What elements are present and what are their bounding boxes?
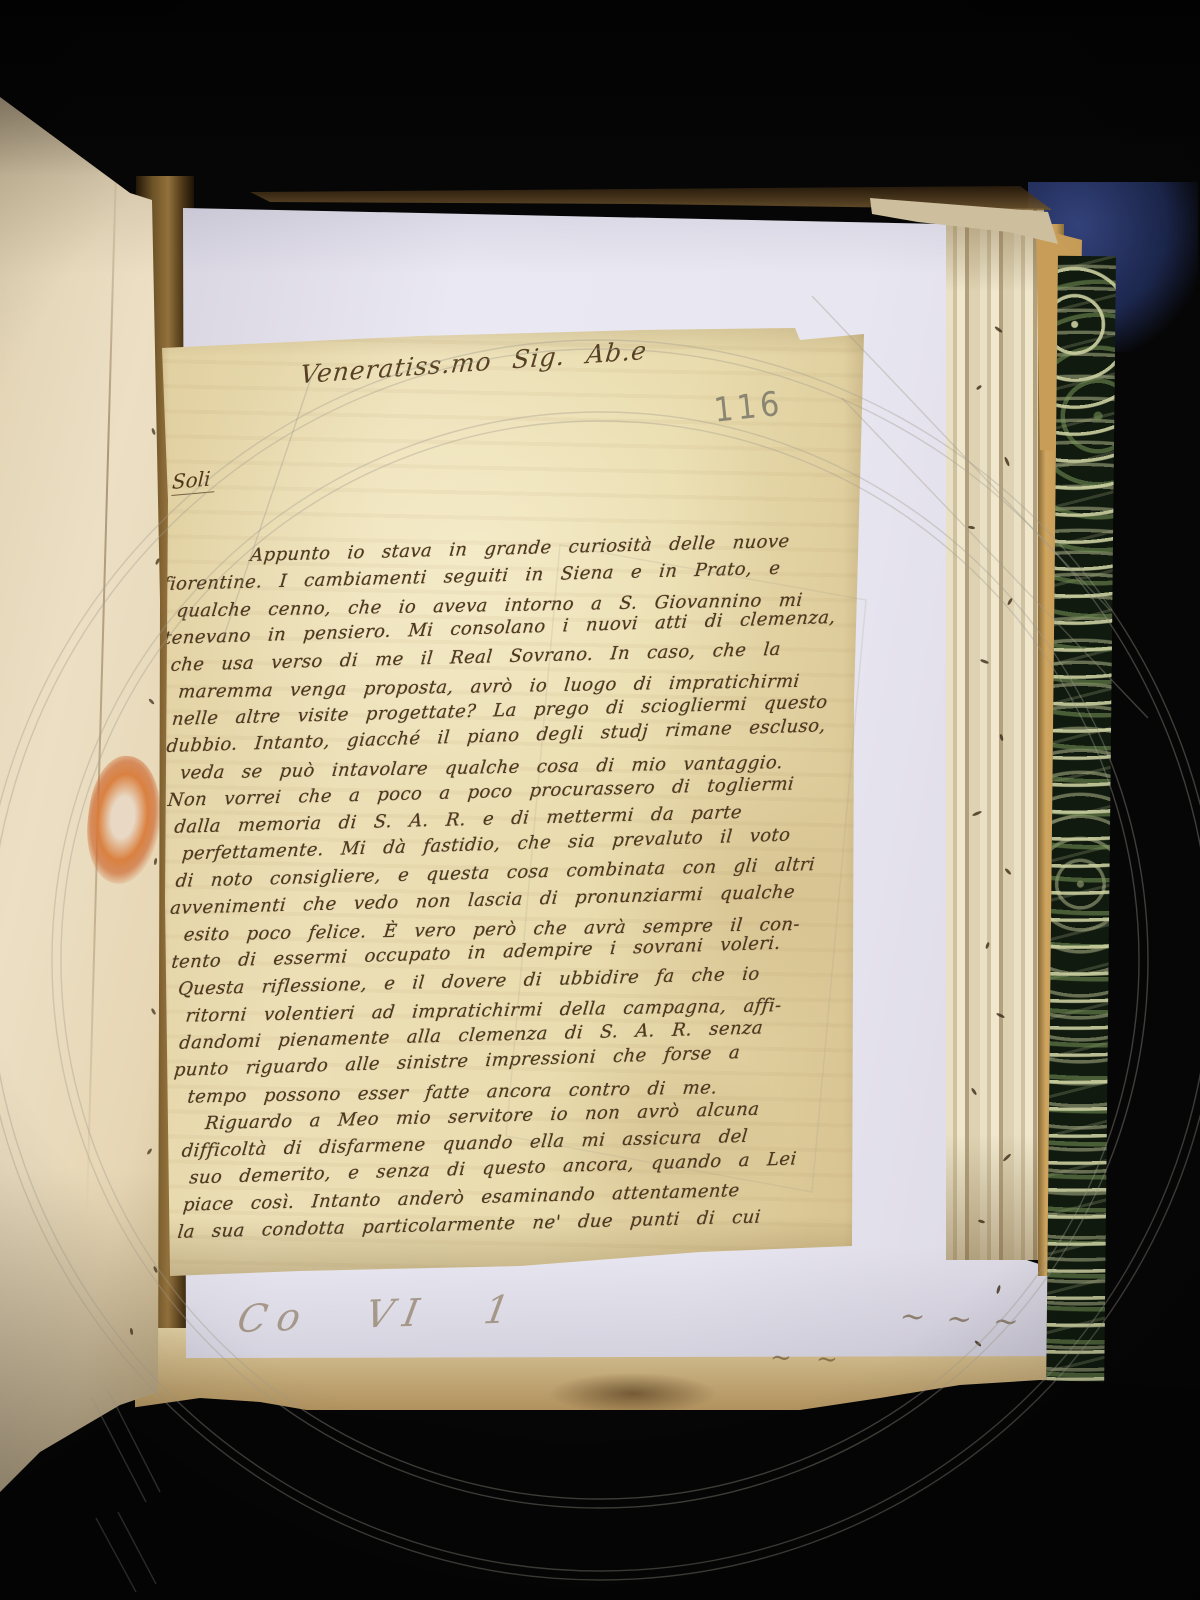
ink-fleck <box>978 1219 986 1224</box>
ghost-scrawl-strip: ~ ~ <box>769 1343 846 1376</box>
marbled-cover <box>1046 256 1116 1399</box>
letter-salutation: Soli <box>171 466 215 496</box>
ink-fleck <box>980 658 989 665</box>
letter-body: Appunto io stava in grande curiosità del… <box>162 528 872 1246</box>
folio-number: 116 <box>712 384 785 430</box>
ink-fleck <box>996 1012 1005 1019</box>
ink-fleck <box>999 734 1003 741</box>
ink-fleck <box>1006 597 1013 605</box>
ink-fleck <box>994 325 1003 333</box>
ink-fleck <box>971 1087 978 1095</box>
ink-fleck <box>968 525 976 530</box>
ink-fleck <box>1002 1153 1012 1162</box>
ink-fleck <box>1004 867 1011 875</box>
letter-page: Veneratiss.mo Sig. Ab.e 116 Soli Appunto… <box>148 318 872 1284</box>
ink-fleck <box>1004 456 1010 466</box>
ink-fleck <box>985 942 991 950</box>
ink-fleck <box>976 385 983 391</box>
manuscript-photo: Veneratiss.mo Sig. Ab.e 116 Soli Appunto… <box>0 0 1200 1600</box>
ink-fleck <box>972 810 982 816</box>
ghost-scrawl-right: ~ ~ ~ <box>896 1299 1028 1340</box>
fore-edge-page-curls <box>946 208 1044 1260</box>
